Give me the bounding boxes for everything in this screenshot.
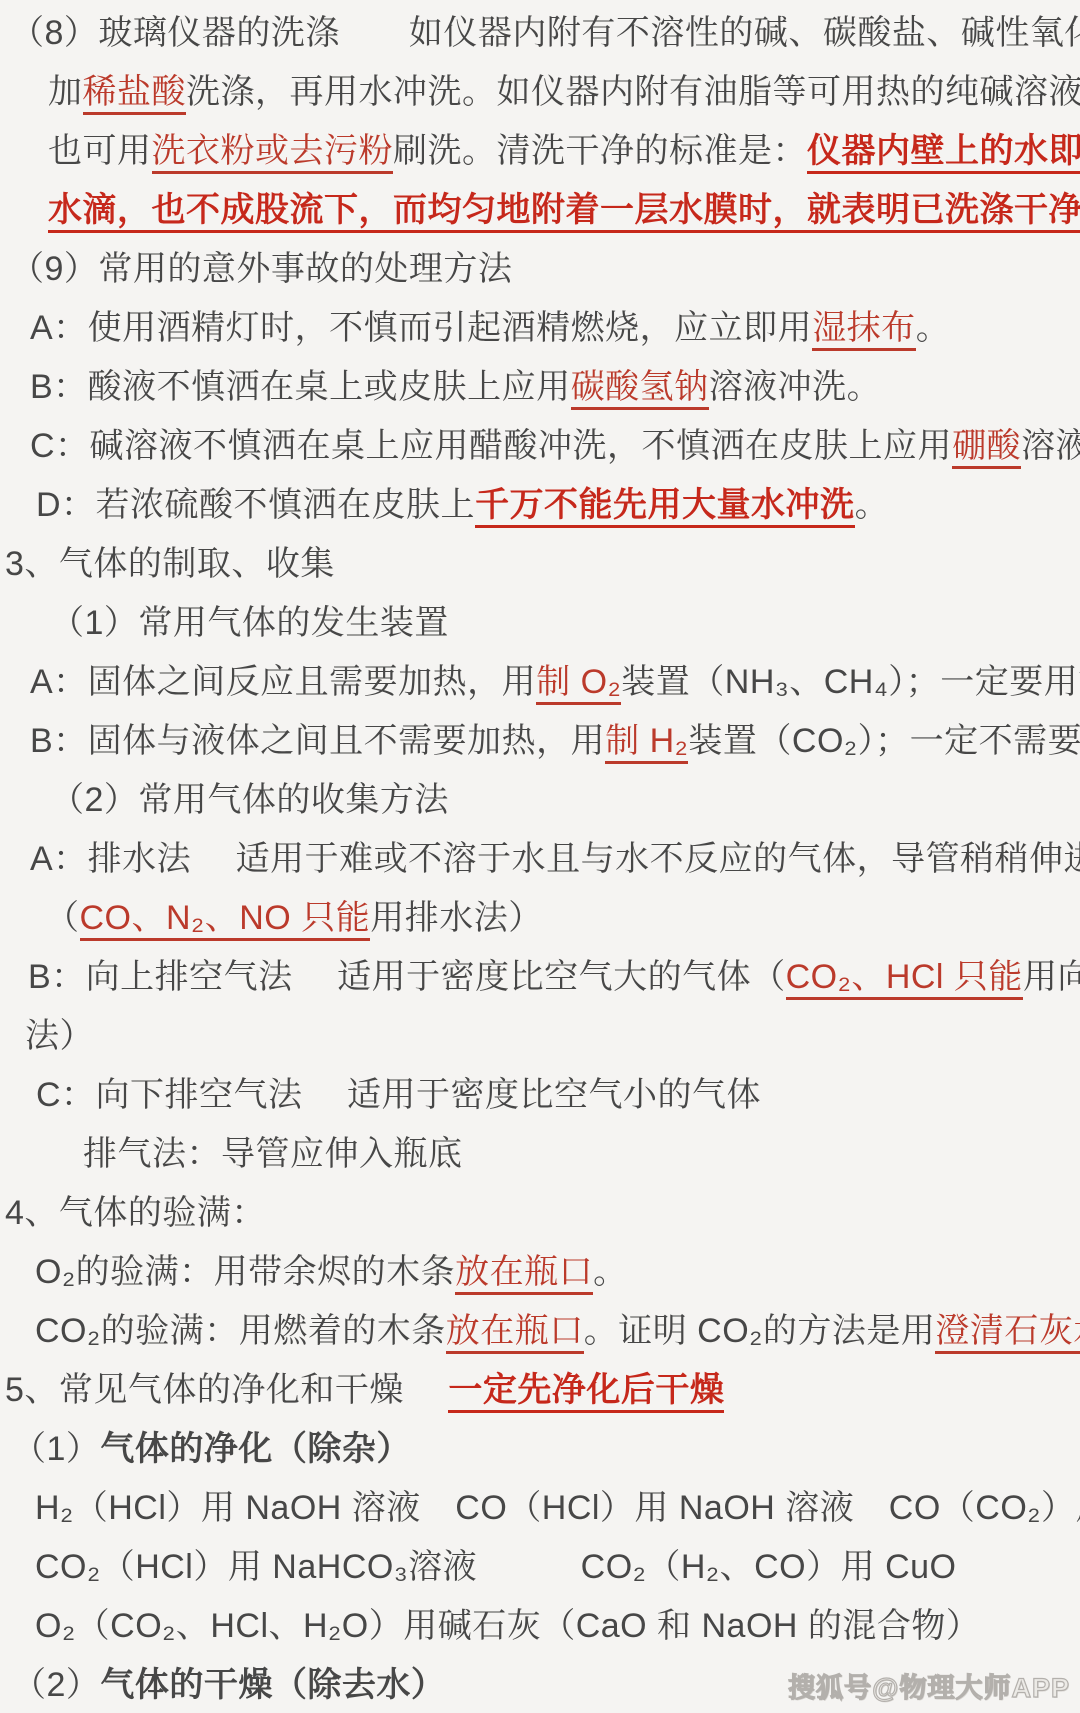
body-text: 。 [855, 486, 890, 524]
highlighted-text: 千万不能先用大量水冲洗 [475, 486, 855, 528]
body-text: H₂（HCl）用 NaOH 溶液 CO（HCl）用 NaOH 溶液 CO（CO₂… [35, 1489, 1080, 1527]
text-line: 排气法：导管应伸入瓶底 [0, 1125, 1080, 1184]
text-line: CO₂的验满：用燃着的木条放在瓶口。证明 CO₂的方法是用澄清石灰水。 [0, 1302, 1080, 1361]
body-text: CO₂的验满：用燃着的木条 [35, 1312, 446, 1350]
highlighted-text: 制 H₂ [605, 722, 688, 764]
text-line: （1）常用气体的发生装置 [0, 594, 1080, 653]
text-line: 水滴，也不成股流下，而均匀地附着一层水膜时，就表明已洗涤干净了。 [0, 181, 1080, 240]
highlighted-text: 放在瓶口 [446, 1312, 584, 1354]
body-text: D：若浓硫酸不慎洒在皮肤上 [36, 486, 475, 524]
text-line: CO₂（HCl）用 NaHCO₃溶液 CO₂（H₂、CO）用 CuO CO（O₂… [0, 1538, 1080, 1597]
highlighted-text: 碳酸氢钠 [571, 368, 709, 410]
body-text: 气体的净化（除杂） [100, 1430, 411, 1468]
body-text: 法） [25, 1017, 94, 1055]
body-text: （ [45, 899, 80, 937]
highlighted-text: 洗衣粉或去污粉 [152, 132, 394, 174]
text-line: B：固体与液体之间且不需要加热，用制 H₂装置（CO₂）；一定不需要酒精灯。 [0, 712, 1080, 771]
body-text: B：向上排空气法 适用于密度比空气大的气体（ [28, 958, 786, 996]
body-text: 3、气体的制取、收集 [5, 545, 335, 583]
highlighted-text: 硼酸 [952, 427, 1021, 469]
page: （8）玻璃仪器的洗涤 如仪器内附有不溶性的碱、碳酸盐、碱性氧化物等，可加稀盐酸洗… [0, 0, 1080, 1713]
body-text: 用排水法） [370, 899, 543, 937]
text-line: B：酸液不慎洒在桌上或皮肤上应用碳酸氢钠溶液冲洗。 [0, 358, 1080, 417]
text-line: （CO、N₂、NO 只能用排水法） [0, 889, 1080, 948]
document-body: （8）玻璃仪器的洗涤 如仪器内附有不溶性的碱、碳酸盐、碱性氧化物等，可加稀盐酸洗… [0, 0, 1080, 1713]
body-text: （1） [12, 1430, 100, 1468]
body-text: 装置（NH₃、CH₄）；一定要用酒精灯。 [621, 663, 1080, 701]
highlighted-text: 水滴，也不成股流下，而均匀地附着一层水膜时，就表明已洗涤干净了 [48, 191, 1080, 233]
body-text: 刷洗。清洗干净的标准是： [393, 132, 807, 170]
highlighted-text: CO₂、HCl 只能 [786, 958, 1023, 1000]
body-text: 4、气体的验满： [5, 1194, 266, 1232]
text-line: （2）常用气体的收集方法 [0, 771, 1080, 830]
body-text: （1）常用气体的发生装置 [50, 604, 449, 642]
highlighted-text: CO、N₂、NO 只能 [80, 899, 371, 941]
text-line: 5、常见气体的净化和干燥 一定先净化后干燥 [0, 1361, 1080, 1420]
text-line: O₂的验满：用带余烬的木条放在瓶口。 [0, 1243, 1080, 1302]
body-text: B：酸液不慎洒在桌上或皮肤上应用 [30, 368, 571, 406]
body-text: （2） [12, 1666, 100, 1704]
text-line: 3、气体的制取、收集 [0, 535, 1080, 594]
text-line: A：固体之间反应且需要加热，用制 O₂装置（NH₃、CH₄）；一定要用酒精灯。 [0, 653, 1080, 712]
body-text: 溶液冲洗。 [709, 368, 882, 406]
watermark-text: 搜狐号@物理大师APP [788, 1666, 1070, 1705]
body-text: 气体的干燥（除去水） [100, 1666, 445, 1704]
text-line: H₂（HCl）用 NaOH 溶液 CO（HCl）用 NaOH 溶液 CO（CO₂… [0, 1479, 1080, 1538]
body-text: O₂的验满：用带余烬的木条 [35, 1253, 455, 1291]
highlighted-text: 放在瓶口 [455, 1253, 593, 1295]
text-line: B：向上排空气法 适用于密度比空气大的气体（CO₂、HCl 只能用向上排空气 [0, 948, 1080, 1007]
text-line: 也可用洗衣粉或去污粉刷洗。清洗干净的标准是：仪器内壁上的水即不聚成 [0, 122, 1080, 181]
body-text: 溶液冲洗。 [1021, 427, 1080, 465]
highlighted-text: 稀盐酸 [83, 73, 187, 115]
body-text: 洗涤，再用水冲洗。如仪器内附有油脂等可用热的纯碱溶液洗涤， [186, 73, 1080, 111]
text-line: D：若浓硫酸不慎洒在皮肤上千万不能先用大量水冲洗。 [0, 476, 1080, 535]
text-line: （9）常用的意外事故的处理方法 [0, 240, 1080, 299]
text-line: 法） [0, 1007, 1080, 1066]
body-text: CO₂（HCl）用 NaHCO₃溶液 CO₂（H₂、CO）用 CuO CO（O₂… [35, 1548, 1080, 1586]
text-line: （1）气体的净化（除杂） [0, 1420, 1080, 1479]
body-text: 加 [48, 73, 83, 111]
body-text: B：固体与液体之间且不需要加热，用 [30, 722, 605, 760]
text-line: C：碱溶液不慎洒在桌上应用醋酸冲洗，不慎洒在皮肤上应用硼酸溶液冲洗。 [0, 417, 1080, 476]
text-line: C：向下排空气法 适用于密度比空气小的气体 [0, 1066, 1080, 1125]
text-line: A：使用酒精灯时，不慎而引起酒精燃烧，应立即用湿抹布。 [0, 299, 1080, 358]
body-text: C：碱溶液不慎洒在桌上应用醋酸冲洗，不慎洒在皮肤上应用 [30, 427, 952, 465]
body-text: 装置（CO₂）；一定不需要酒精灯。 [688, 722, 1080, 760]
body-text: A：排水法 适用于难或不溶于水且与水不反应的气体，导管稍稍伸进瓶内， [30, 840, 1080, 878]
body-text: A：使用酒精灯时，不慎而引起酒精燃烧，应立即用 [30, 309, 812, 347]
body-text: C：向下排空气法 适用于密度比空气小的气体 [36, 1076, 761, 1114]
highlighted-text: 仪器内壁上的水即不聚成 [807, 132, 1080, 174]
text-line: 4、气体的验满： [0, 1184, 1080, 1243]
highlighted-text: 湿抹布 [812, 309, 916, 351]
body-text: 。证明 CO₂的方法是用 [584, 1312, 936, 1350]
body-text: （8）玻璃仪器的洗涤 如仪器内附有不溶性的碱、碳酸盐、碱性氧化物等，可 [10, 14, 1080, 52]
text-line: （8）玻璃仪器的洗涤 如仪器内附有不溶性的碱、碳酸盐、碱性氧化物等，可 [0, 4, 1080, 63]
body-text: 。 [593, 1253, 628, 1291]
body-text: 用向上排空气 [1023, 958, 1080, 996]
body-text: 5、常见气体的净化和干燥 [5, 1371, 448, 1409]
body-text: 。 [916, 309, 951, 347]
body-text: O₂（CO₂、HCl、H₂O）用碱石灰（CaO 和 NaOH 的混合物） [35, 1607, 980, 1645]
highlighted-text: 制 O₂ [536, 663, 621, 705]
body-text: 也可用 [48, 132, 152, 170]
text-line: 加稀盐酸洗涤，再用水冲洗。如仪器内附有油脂等可用热的纯碱溶液洗涤， [0, 63, 1080, 122]
body-text: A：固体之间反应且需要加热，用 [30, 663, 536, 701]
highlighted-text: 一定先净化后干燥 [448, 1371, 724, 1413]
text-line: A：排水法 适用于难或不溶于水且与水不反应的气体，导管稍稍伸进瓶内， [0, 830, 1080, 889]
body-text: （9）常用的意外事故的处理方法 [10, 250, 512, 288]
body-text: （2）常用气体的收集方法 [50, 781, 449, 819]
highlighted-text: 澄清石灰水 [935, 1312, 1080, 1354]
body-text: 排气法：导管应伸入瓶底 [83, 1135, 463, 1173]
text-line: O₂（CO₂、HCl、H₂O）用碱石灰（CaO 和 NaOH 的混合物） [0, 1597, 1080, 1656]
